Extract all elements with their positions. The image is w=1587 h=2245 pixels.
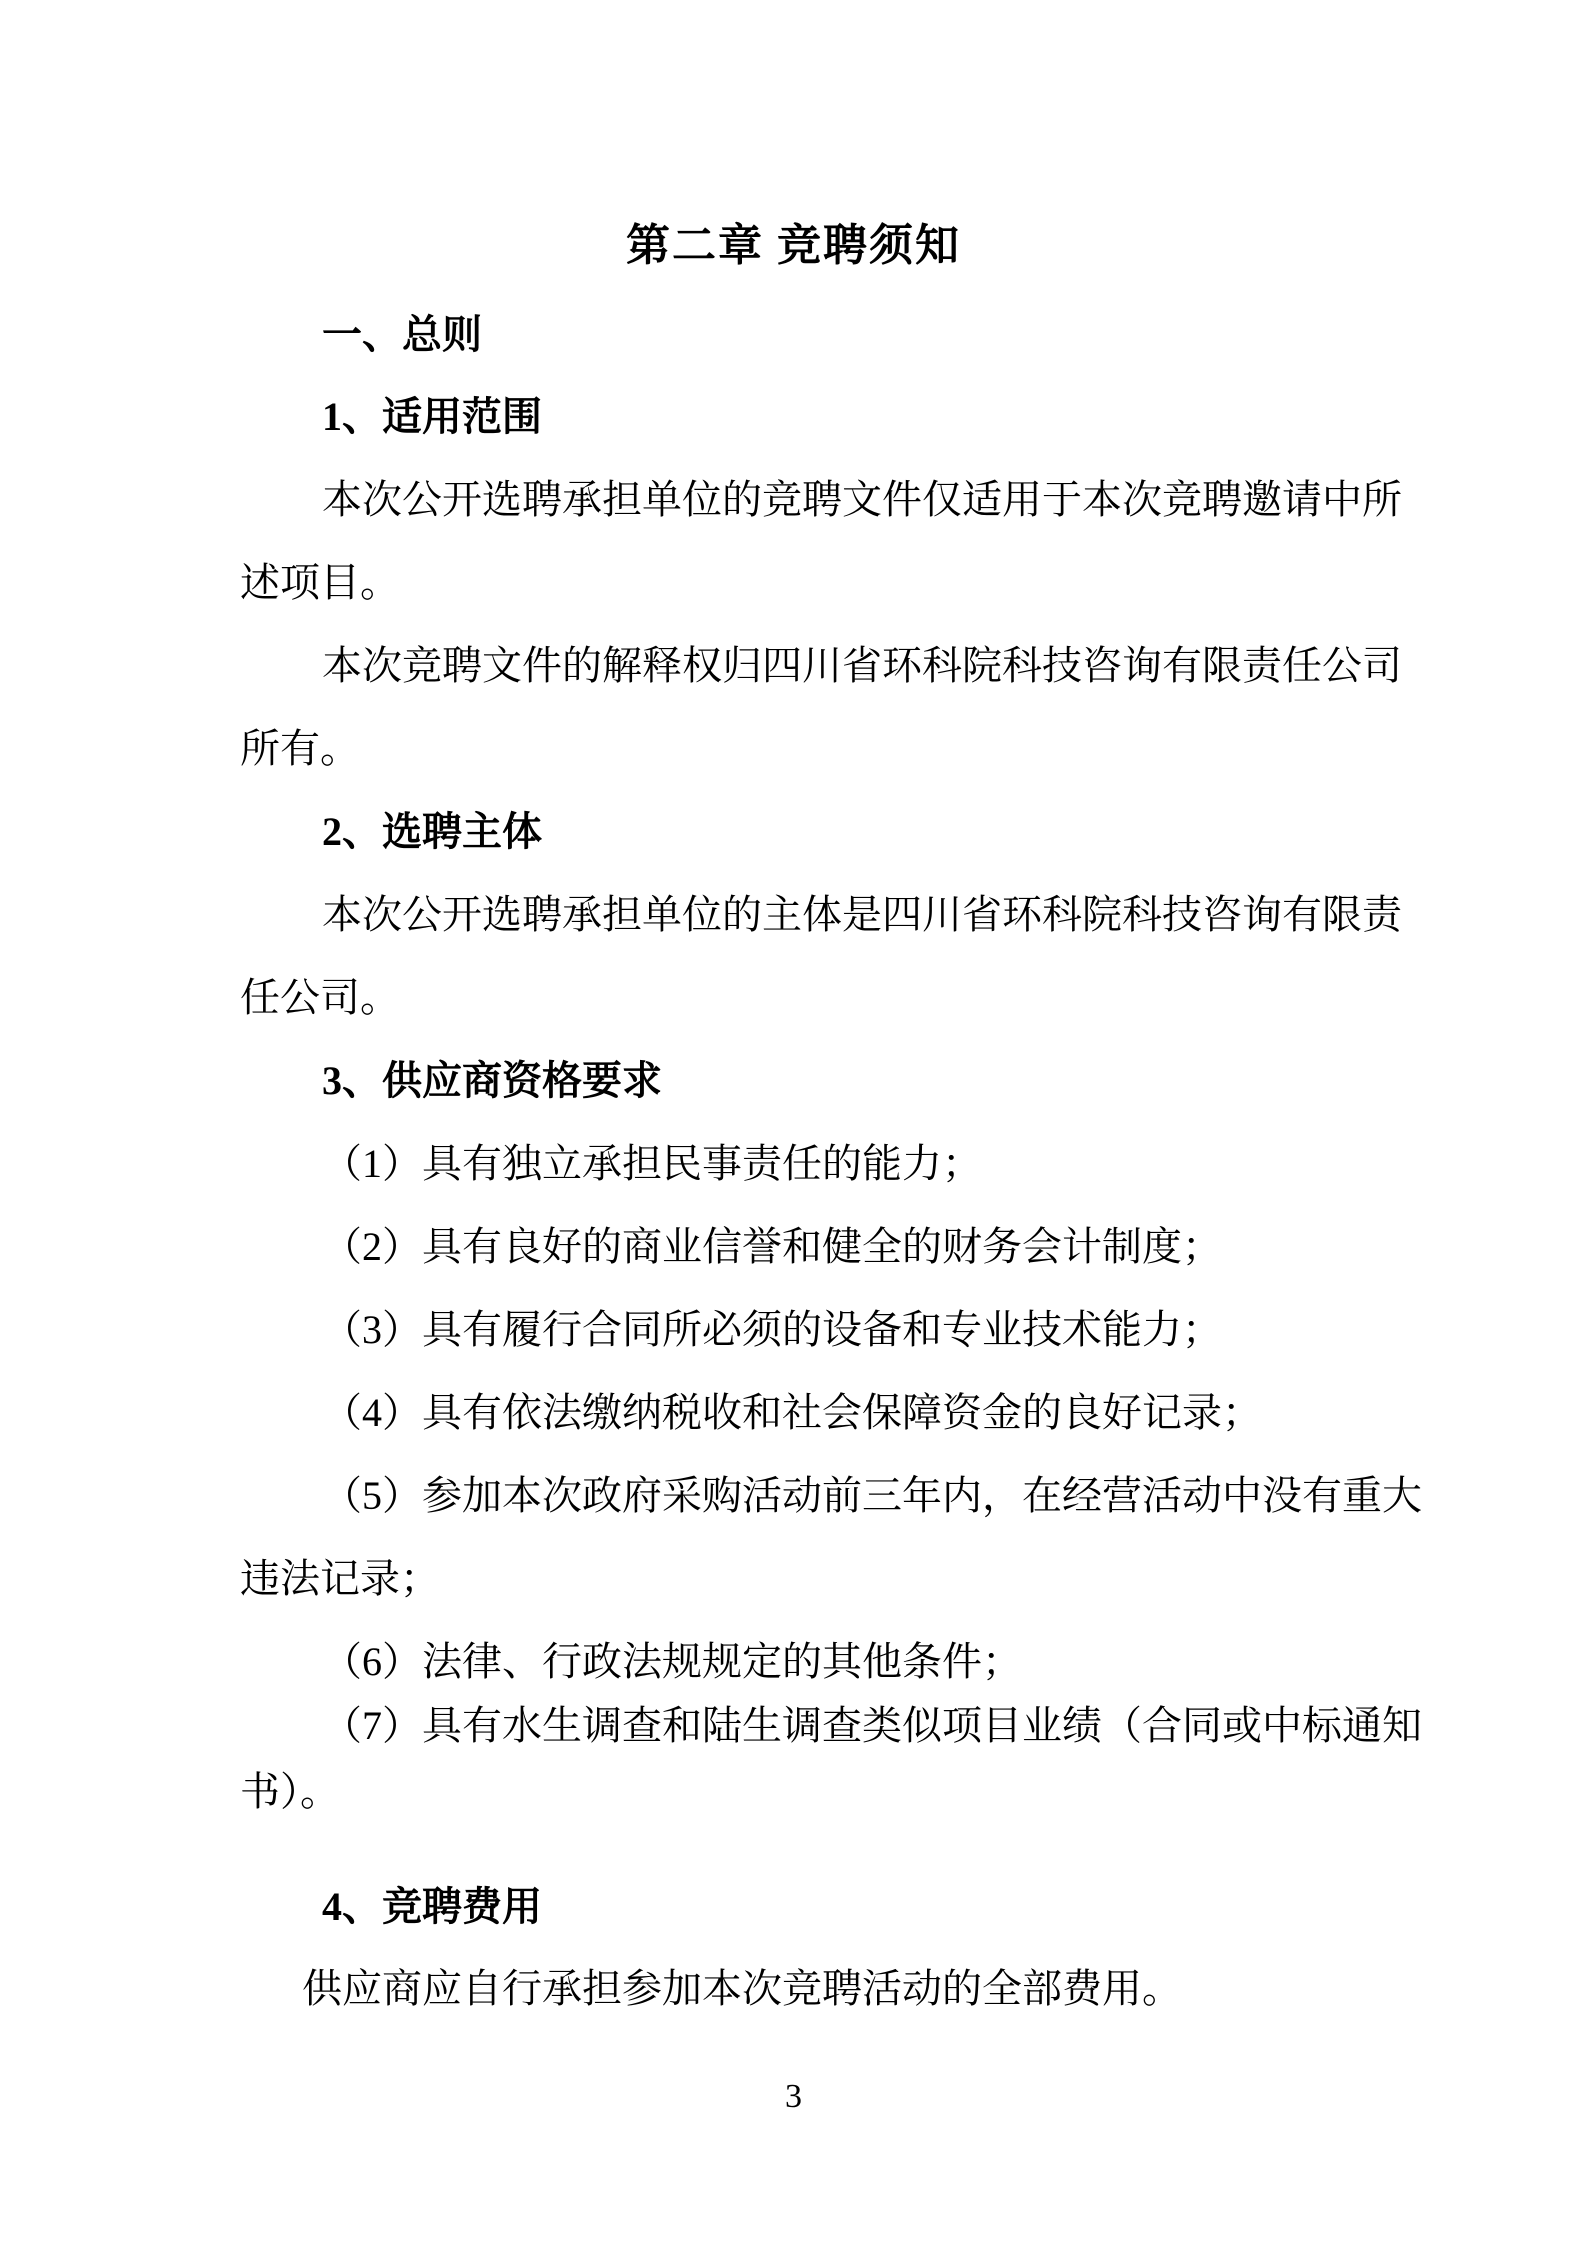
list-item-line: （6）法律、行政法规规定的其他条件； (240, 1639, 1432, 1685)
paragraph-line: 述项目。 (240, 560, 1350, 606)
paragraph-line: 本次竞聘文件的解释权归四川省环科院科技咨询有限责任公司 (240, 643, 1432, 689)
document-page: 第二章 竞聘须知 一、总则 1、适用范围 本次公开选聘承担单位的竞聘文件仅适用于… (0, 0, 1587, 2245)
section-heading-general: 一、总则 (240, 312, 1432, 358)
list-item-line: （5）参加本次政府采购活动前三年内，在经营活动中没有重大 (240, 1473, 1432, 1519)
subsection-heading-subject: 2、选聘主体 (240, 809, 1432, 855)
list-item-line: （3）具有履行合同所必须的设备和专业技术能力； (240, 1307, 1432, 1353)
paragraph-line: 所有。 (240, 726, 1350, 772)
list-item-line: （7）具有水生调查和陆生调查类似项目业绩（合同或中标通知 (240, 1703, 1432, 1749)
page-number: 3 (0, 2078, 1587, 2116)
subsection-heading-fees: 4、竞聘费用 (240, 1884, 1432, 1930)
list-item-line: （2）具有良好的商业信誉和健全的财务会计制度； (240, 1224, 1432, 1270)
subsection-heading-qualification: 3、供应商资格要求 (240, 1058, 1432, 1104)
list-item-line: （1）具有独立承担民事责任的能力； (240, 1141, 1432, 1187)
paragraph-line: 供应商应自行承担参加本次竞聘活动的全部费用。 (240, 1966, 1412, 2012)
list-item-line: 违法记录； (240, 1556, 1350, 1602)
list-item-line: （4）具有依法缴纳税收和社会保障资金的良好记录； (240, 1390, 1432, 1436)
paragraph-line: 本次公开选聘承担单位的主体是四川省环科院科技咨询有限责 (240, 892, 1432, 938)
list-item-line: 书）。 (240, 1769, 1350, 1815)
subsection-heading-scope: 1、适用范围 (240, 394, 1432, 440)
paragraph-line: 任公司。 (240, 975, 1350, 1021)
chapter-title: 第二章 竞聘须知 (0, 218, 1587, 274)
paragraph-line: 本次公开选聘承担单位的竞聘文件仅适用于本次竞聘邀请中所 (240, 477, 1432, 523)
